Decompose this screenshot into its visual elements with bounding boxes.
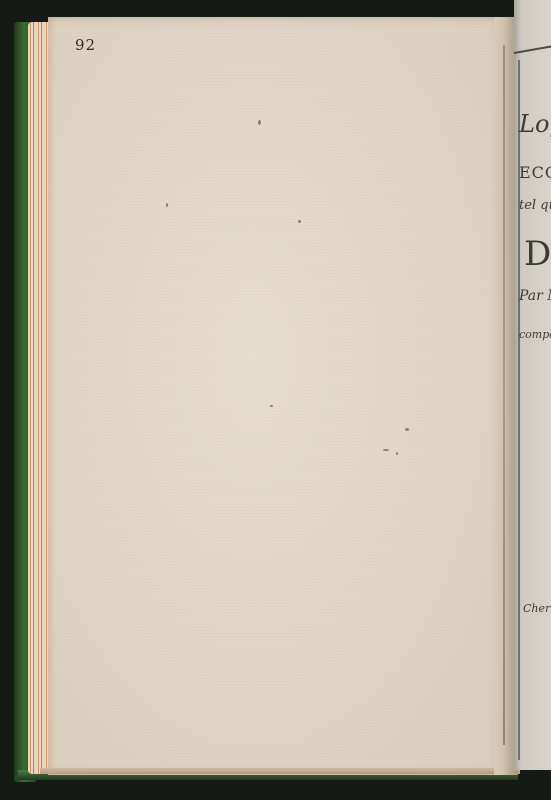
paper-speck	[258, 120, 261, 125]
title-fragment: D	[524, 234, 551, 274]
page-number: 92	[75, 36, 96, 54]
paper-speck	[270, 405, 273, 407]
paper-speck	[166, 203, 168, 207]
paper-speck	[298, 220, 301, 223]
left-page	[48, 17, 504, 775]
paper-speck	[396, 452, 398, 455]
title-fragment: ECONT	[519, 163, 551, 182]
title-fragment: tel qu'il s	[519, 198, 551, 213]
paper-speck	[405, 428, 409, 431]
title-fragment: Lop	[519, 110, 551, 138]
title-fragment: Par Mr.	[519, 288, 551, 304]
gutter-crease	[503, 45, 505, 745]
title-fragment: composite	[519, 328, 551, 341]
page-bottom-edge	[40, 768, 520, 774]
title-fragment: Cher	[523, 602, 550, 615]
paper-speck	[383, 449, 389, 451]
book-scan: 92 Lop ECONT tel qu'il s D Par Mr. compo…	[0, 0, 551, 800]
